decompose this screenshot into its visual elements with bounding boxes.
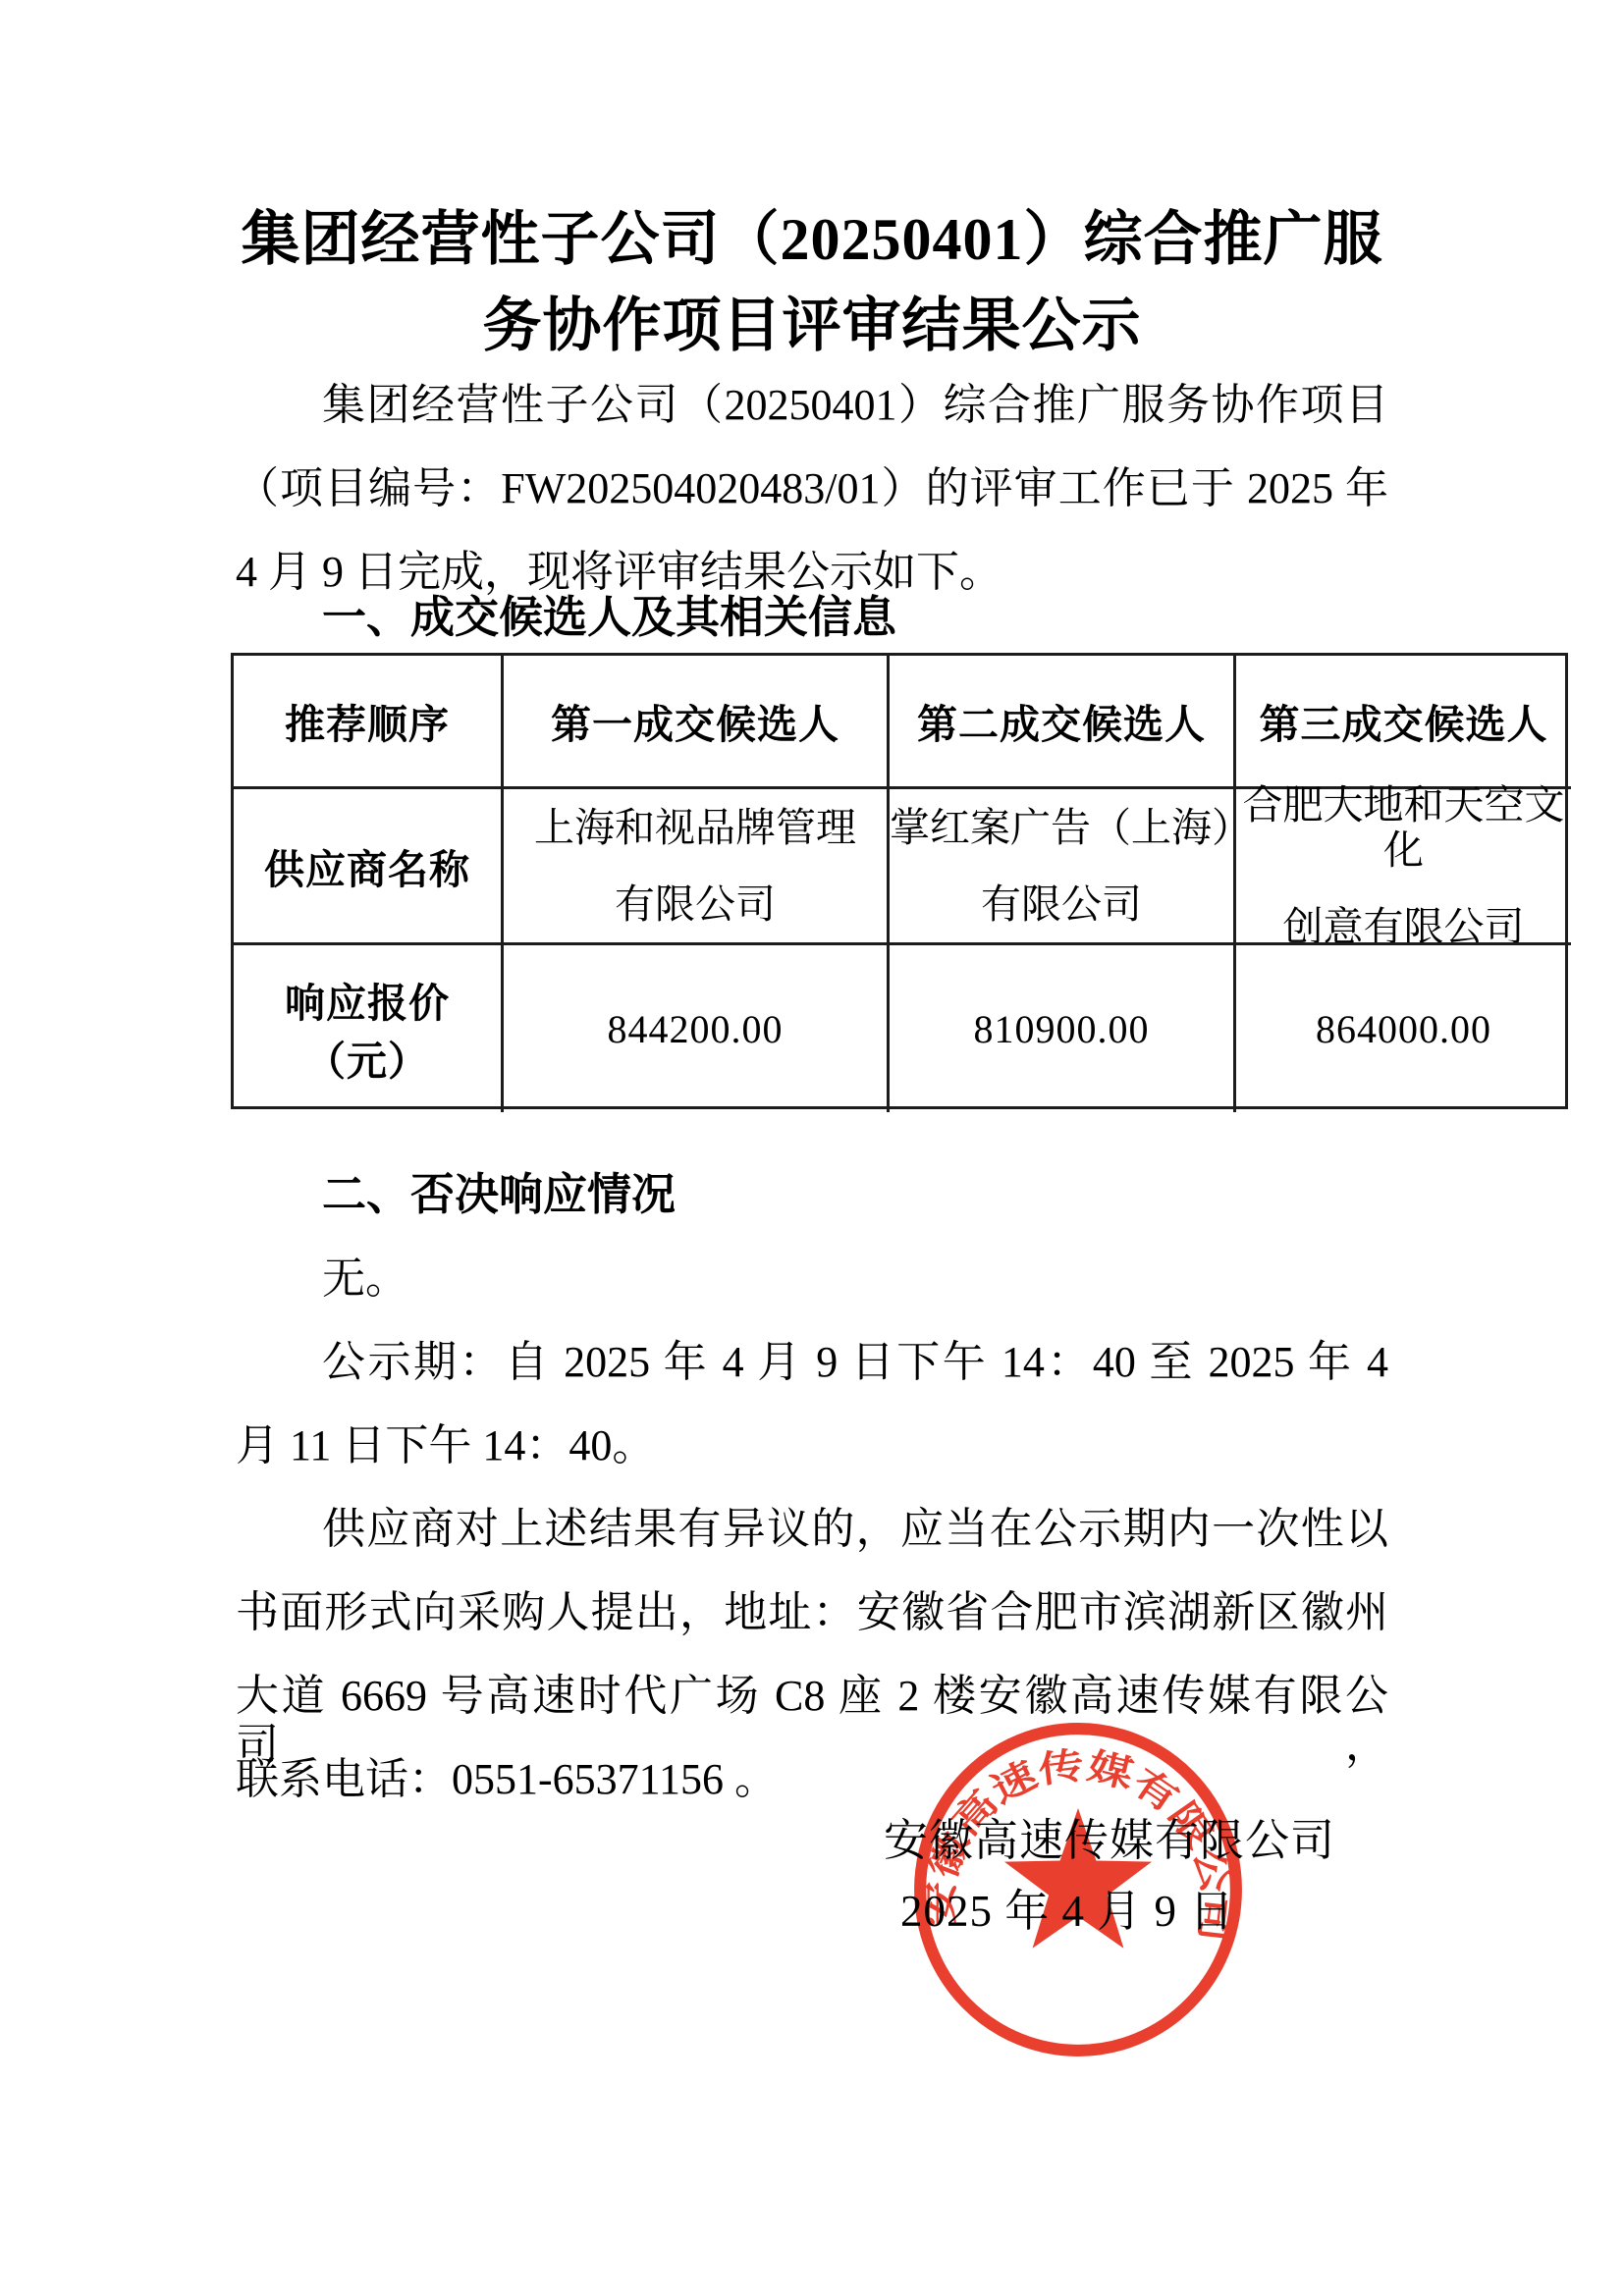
table-header-candidate-1: 第一成交候选人 [501,656,887,786]
intro-line-3: 4 月 9 日完成，现将评审结果公示如下。 [236,548,1002,597]
supplier-row-label: 供应商名称 [234,786,501,942]
objection-line-4: 联系电话：0551-65371156 。 [236,1755,778,1804]
candidates-table: 推荐顺序 第一成交候选人 第二成交候选人 第三成交候选人 供应商名称 上海和视品… [231,653,1568,1109]
price-cell-3: 864000.00 [1233,942,1571,1112]
section-heading-candidates: 一、成交候选人及其相关信息 [322,593,896,642]
price-row-label: 响应报价（元） [234,942,501,1112]
page-title-line-2: 务协作项目评审结果公示 [0,294,1624,357]
supplier-3-line-1: 合肥大地和天空文化 [1236,782,1571,873]
document-page: 集团经营性子公司（20250401）综合推广服 务协作项目评审结果公示 集团经营… [0,0,1624,2296]
intro-line-2: （项目编号：FW202504020483/01）的评审工作已于 2025 年 [236,464,1388,513]
price-cell-2: 810900.00 [887,942,1233,1112]
supplier-name-cell-3: 合肥大地和天空文化 创意有限公司 [1233,786,1571,942]
supplier-name-cell-2: 掌红案广告（上海） 有限公司 [887,786,1233,942]
publicity-line-2: 月 11 日下午 14：40。 [236,1421,655,1470]
price-cell-1: 844200.00 [501,942,887,1112]
none-response-text: 无。 [322,1255,408,1304]
supplier-1-line-2: 有限公司 [615,881,776,927]
section-heading-rejections: 二、否决响应情况 [322,1170,676,1219]
table-header-candidate-2: 第二成交候选人 [887,656,1233,786]
supplier-name-cell-1: 上海和视品牌管理 有限公司 [501,786,887,942]
objection-line-2: 书面形式向采购人提出，地址：安徽省合肥市滨湖新区徽州 [236,1588,1388,1637]
seal-star-icon [1004,1808,1152,1949]
supplier-1-line-1: 上海和视品牌管理 [534,805,856,850]
publicity-line-1: 公示期：自 2025 年 4 月 9 日下午 14：40 至 2025 年 4 [322,1338,1388,1387]
supplier-2-line-2: 有限公司 [981,881,1142,927]
table-header-order: 推荐顺序 [234,656,501,786]
objection-line-1: 供应商对上述结果有异议的，应当在公示期内一次性以 [322,1505,1388,1554]
intro-line-1: 集团经营性子公司（20250401）综合推广服务协作项目 [322,381,1388,430]
supplier-2-line-1: 掌红案广告（上海） [890,805,1233,850]
page-title-line-1: 集团经营性子公司（20250401）综合推广服 [0,208,1624,271]
seal-graphic: 安徽高速传媒有限公司 [909,1720,1247,2059]
table-header-candidate-3: 第三成交候选人 [1233,656,1571,786]
company-seal-stamp: 安徽高速传媒有限公司 [909,1720,1247,2059]
